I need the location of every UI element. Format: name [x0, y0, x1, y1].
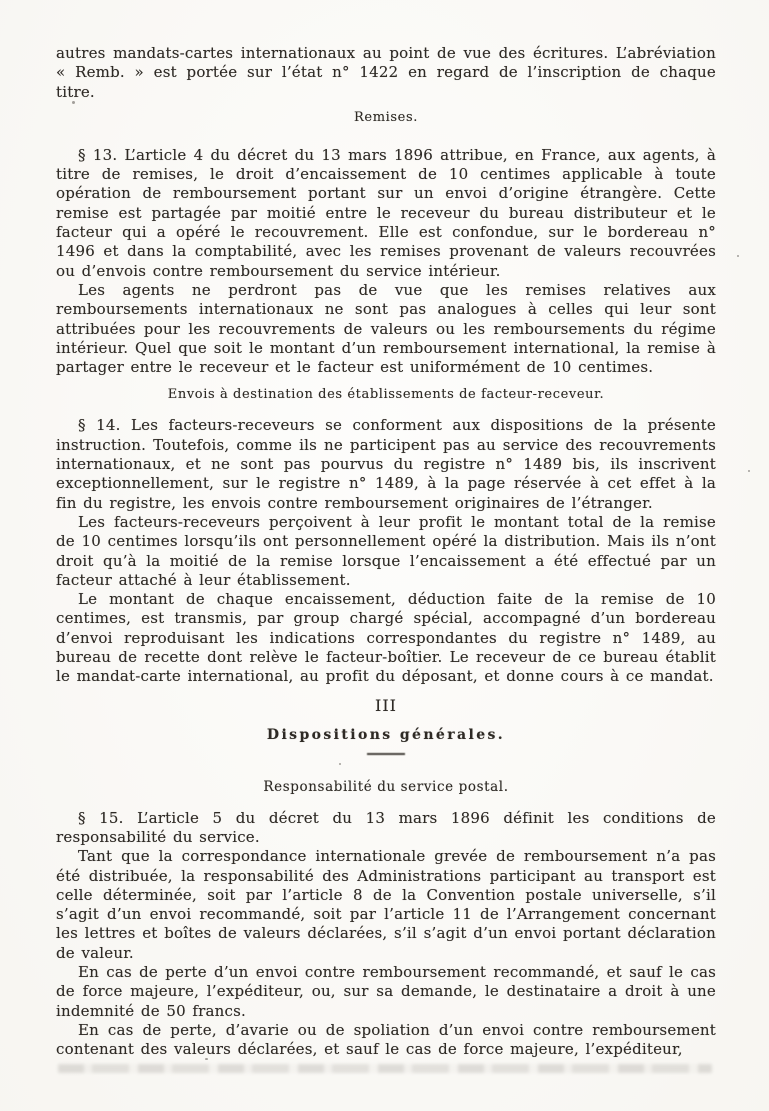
intro-paragraph: autres mandats-cartes internationaux au …: [56, 44, 716, 102]
ink-speck: [737, 255, 739, 257]
ink-speck: [748, 470, 750, 472]
paragraph-15-transport: Tant que la correspondance international…: [56, 847, 716, 963]
ghost-text-artifact: [58, 1064, 712, 1073]
ink-speck: [339, 763, 341, 765]
section-heading-envois: Envois à destination des établissements …: [56, 386, 716, 403]
paragraph-15-indemnite: En cas de perte d’un envoi contre rembou…: [56, 963, 716, 1021]
paragraph-14-remise: Les facteurs-receveurs perçoivent à leur…: [56, 513, 716, 590]
paragraph-15-avarie: En cas de perte, d’avarie ou de spoliati…: [56, 1021, 716, 1060]
paragraph-13: § 13. L’article 4 du décret du 13 mars 1…: [56, 146, 716, 281]
ink-speck: [205, 1058, 208, 1060]
paragraph-14: § 14. Les facteurs-receveurs se conforme…: [56, 416, 716, 512]
ink-speck: [72, 101, 75, 104]
section-heading-remises: Remises.: [56, 109, 716, 126]
paragraph-13-note: Les agents ne perdront pas de vue que le…: [56, 281, 716, 377]
section-divider: [367, 753, 405, 755]
section-heading-responsabilite: Responsabilité du service postal.: [56, 779, 716, 796]
paragraph-15: § 15. L’article 5 du décret du 13 mars 1…: [56, 809, 716, 848]
text-block: autres mandats-cartes internationaux au …: [56, 44, 716, 1073]
document-page: autres mandats-cartes internationaux au …: [0, 0, 769, 1111]
part-title-dispositions-generales: Dispositions générales.: [56, 726, 716, 744]
part-number-iii: III: [56, 696, 716, 716]
paragraph-14-montant: Le montant de chaque encaissement, déduc…: [56, 590, 716, 686]
